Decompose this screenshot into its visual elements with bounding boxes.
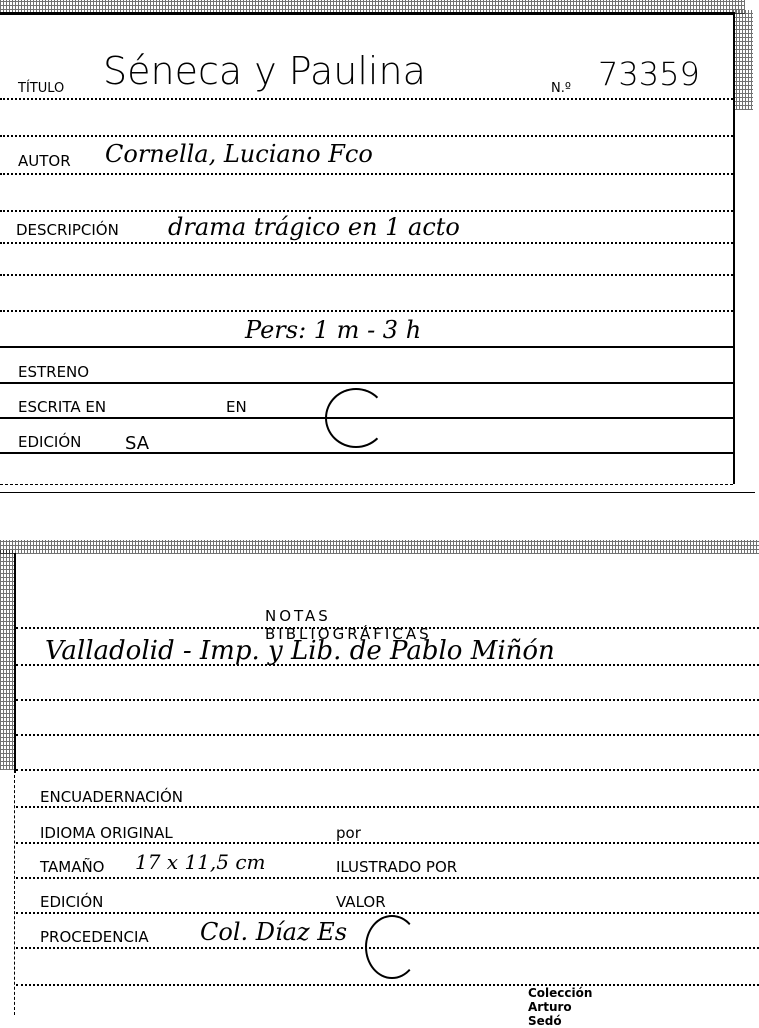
scan-noise-right xyxy=(733,10,753,110)
encuadernacion-label: ENCUADERNACIÓN xyxy=(40,790,183,805)
autor-label: AUTOR xyxy=(18,154,71,169)
rule xyxy=(0,173,733,175)
card-left-border xyxy=(14,553,16,773)
rule xyxy=(0,210,733,212)
rule xyxy=(0,98,733,100)
collection-footer: Colección Arturo Sedó xyxy=(528,986,592,1028)
rule xyxy=(16,912,759,914)
titulo-label: TÍTULO xyxy=(18,82,64,95)
tamano-value: 17 x 11,5 cm xyxy=(135,852,266,872)
rule xyxy=(16,769,759,771)
procedencia-value: Col. Díaz Es xyxy=(200,920,347,944)
card-top-border xyxy=(0,12,735,15)
rule xyxy=(16,984,759,986)
titulo-value: Séneca y Paulina xyxy=(103,52,426,90)
scan-noise-top xyxy=(0,540,759,554)
rule xyxy=(0,346,733,348)
rule xyxy=(16,664,759,666)
rule xyxy=(16,699,759,701)
punch-hole-mark xyxy=(325,388,387,448)
descripcion-value: drama trágico en 1 acto xyxy=(168,215,460,239)
punch-hole-mark xyxy=(365,915,419,979)
edicion-label: EDICIÓN xyxy=(18,435,81,450)
edicion-value: SA xyxy=(125,435,149,453)
tamano-label: TAMAÑO xyxy=(40,860,105,875)
rule xyxy=(0,135,733,137)
estreno-label: ESTRENO xyxy=(18,365,89,380)
rule xyxy=(16,734,759,736)
procedencia-label: PROCEDENCIA xyxy=(40,930,149,945)
descripcion-label: DESCRIPCIÓN xyxy=(16,223,119,238)
personajes-value: Pers: 1 m - 3 h xyxy=(245,318,421,342)
rule xyxy=(0,274,733,276)
rule xyxy=(16,842,759,844)
rule xyxy=(0,310,733,312)
por-label: por xyxy=(336,826,361,841)
card-right-border xyxy=(733,14,735,484)
card-bottom-edge xyxy=(0,484,733,485)
ilustrado-label: ILUSTRADO POR xyxy=(336,860,457,875)
edicion-label-bottom: EDICIÓN xyxy=(40,895,103,910)
rule xyxy=(0,382,733,384)
scan-noise-left xyxy=(0,550,14,770)
idioma-label: IDIOMA ORIGINAL xyxy=(40,826,173,841)
numero-value: 73359 xyxy=(598,58,700,90)
rule xyxy=(0,452,733,454)
numero-label: N.º xyxy=(551,82,571,95)
rule xyxy=(16,806,759,808)
notas-value: Valladolid - Imp. y Lib. de Pablo Miñón xyxy=(45,638,555,664)
separator-line xyxy=(0,492,755,493)
rule xyxy=(16,627,759,629)
autor-value: Cornella, Luciano Fco xyxy=(105,142,373,166)
rule xyxy=(16,877,759,879)
card-left-border-lower xyxy=(14,775,15,1015)
en-label: EN xyxy=(226,400,247,415)
rule xyxy=(0,242,733,244)
valor-label: VALOR xyxy=(336,895,386,910)
escrita-en-label: ESCRITA EN xyxy=(18,400,106,415)
